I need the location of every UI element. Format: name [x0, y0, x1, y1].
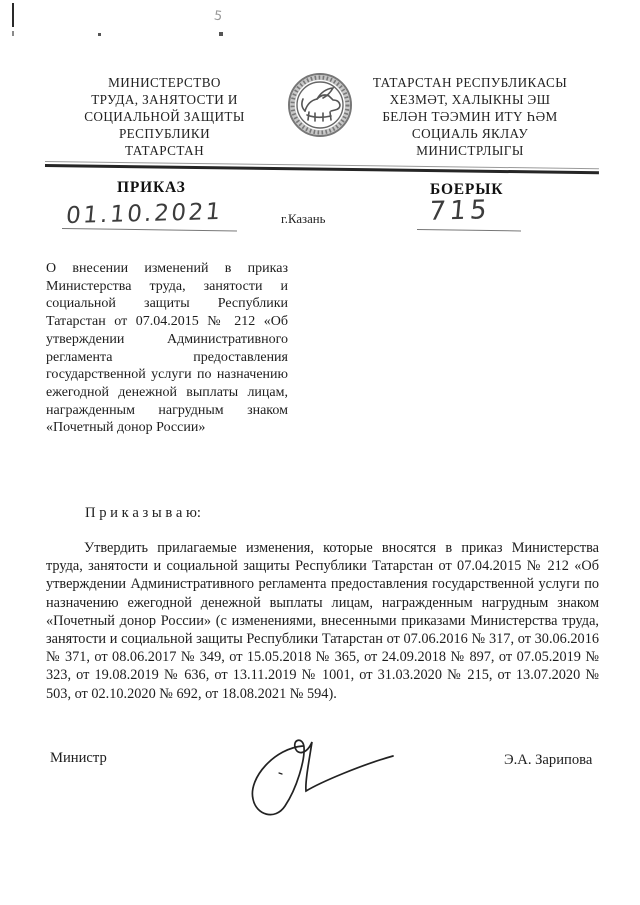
page-number-artifact: 5 — [213, 8, 223, 24]
handwritten-signature — [235, 726, 405, 826]
directive-word: П р и к а з ы в а ю: — [85, 505, 201, 522]
scan-speck — [98, 33, 101, 36]
org-line: РЕСПУБЛИКИ — [62, 125, 267, 142]
signatory-name: Э.А. Зарипова — [504, 752, 592, 769]
org-line: СОЦИАЛЬНОЙ ЗАЩИТЫ — [62, 108, 267, 125]
org-line: МИНИСТЕРСТВО — [62, 74, 267, 91]
order-title-russian: ПРИКАЗ — [117, 179, 186, 197]
org-line: ТАТАРСТАН РЕСПУБЛИКАСЫ — [350, 74, 590, 91]
order-subject: О внесении изменений в приказ Министерст… — [46, 260, 288, 437]
org-line: МИНИСТРЛЫГЫ — [350, 142, 590, 159]
scan-speck — [219, 32, 223, 36]
place-label: г.Казань — [281, 212, 325, 227]
org-line: ХЕЗМӘТ, ХАЛЫКНЫ ЭШ — [350, 91, 590, 108]
date-underline — [62, 228, 237, 231]
handwritten-order-number: 715 — [428, 195, 493, 227]
scan-edge-mark — [12, 3, 14, 27]
scanned-order-document: 5 МИНИСТЕРСТВО ТРУДА, ЗАНЯТОСТИ И СОЦИАЛ… — [0, 0, 640, 905]
order-body-paragraph: Утвердить прилагаемые изменения, которые… — [46, 539, 599, 703]
number-underline — [417, 229, 521, 231]
ministry-name-tatar: ТАТАРСТАН РЕСПУБЛИКАСЫ ХЕЗМӘТ, ХАЛЫКНЫ Э… — [350, 74, 590, 159]
org-line: ТАТАРСТАН — [62, 142, 267, 159]
handwritten-date: 01.10.2021 — [65, 199, 224, 229]
org-line: БЕЛӘН ТӘЭМИН ИТҮ ҺӘМ — [350, 108, 590, 125]
org-line: СОЦИАЛЬ ЯКЛАУ — [350, 125, 590, 142]
signatory-position: Министр — [50, 750, 107, 767]
org-line: ТРУДА, ЗАНЯТОСТИ И — [62, 91, 267, 108]
tatarstan-coat-of-arms-seal-icon — [287, 71, 353, 141]
ministry-name-russian: МИНИСТЕРСТВО ТРУДА, ЗАНЯТОСТИ И СОЦИАЛЬН… — [62, 74, 267, 159]
scan-edge-dot — [12, 31, 14, 36]
